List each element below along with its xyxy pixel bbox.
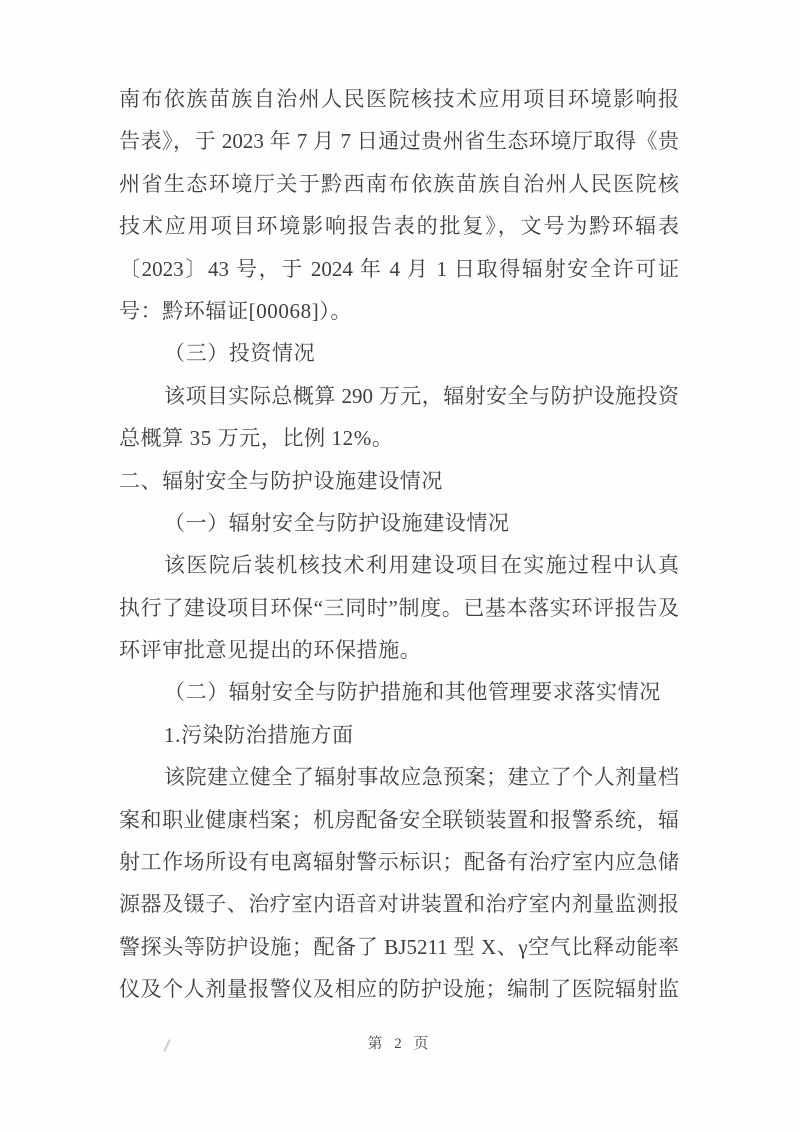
text-line: 二、辐射安全与防护设施建设情况 (119, 460, 679, 502)
text-line: 该院建立健全了辐射事故应急预案；建立了个人剂量档 (119, 756, 679, 798)
document-page: 南布依族苗族自治州人民医院核技术应用项目环境影响报告表》，于 2023 年 7 … (0, 0, 800, 1132)
text-line: （二）辐射安全与防护措施和其他管理要求落实情况 (119, 671, 679, 713)
text-line: 南布依族苗族自治州人民医院核技术应用项目环境影响报 (119, 78, 679, 120)
text-line: 州省生态环境厅关于黔西南布依族苗族自治州人民医院核 (119, 163, 679, 205)
text-line: 源器及镊子、治疗室内语音对讲装置和治疗室内剂量监测报 (119, 883, 679, 925)
text-line: 号：黔环辐证[00068]）。 (119, 290, 679, 332)
text-line: （一）辐射安全与防护设施建设情况 (119, 502, 679, 544)
text-line: 执行了建设项目环保“三同时”制度。已基本落实环评报告及 (119, 587, 679, 629)
page-number-footer: 第 2 页 (0, 1032, 800, 1053)
text-line: （三）投资情况 (119, 332, 679, 374)
document-lines: 南布依族苗族自治州人民医院核技术应用项目环境影响报告表》，于 2023 年 7 … (119, 78, 679, 1011)
text-line: 告表》，于 2023 年 7 月 7 日通过贵州省生态环境厅取得《贵 (119, 120, 679, 162)
text-line: 射工作场所设有电离辐射警示标识；配备有治疗室内应急储 (119, 841, 679, 883)
text-line: 环评审批意见提出的环保措施。 (119, 629, 679, 671)
text-line: 案和职业健康档案；机房配备安全联锁装置和报警系统，辐 (119, 799, 679, 841)
text-line: 技术应用项目环境影响报告表的批复》，文号为黔环辐表 (119, 205, 679, 247)
text-line: 总概算 35 万元，比例 12%。 (119, 417, 679, 459)
text-line: 仪及个人剂量报警仪及相应的防护设施；编制了医院辐射监 (119, 968, 679, 1010)
text-line: 1.污染防治措施方面 (119, 714, 679, 756)
text-line: 该医院后装机核技术利用建设项目在实施过程中认真 (119, 544, 679, 586)
text-line: 警探头等防护设施；配备了 BJ5211 型 X、γ空气比释动能率 (119, 926, 679, 968)
text-line: 该项目实际总概算 290 万元，辐射安全与防护设施投资 (119, 375, 679, 417)
text-line: 〔2023〕43 号，于 2024 年 4 月 1 日取得辐射安全许可证（证 (119, 248, 679, 290)
